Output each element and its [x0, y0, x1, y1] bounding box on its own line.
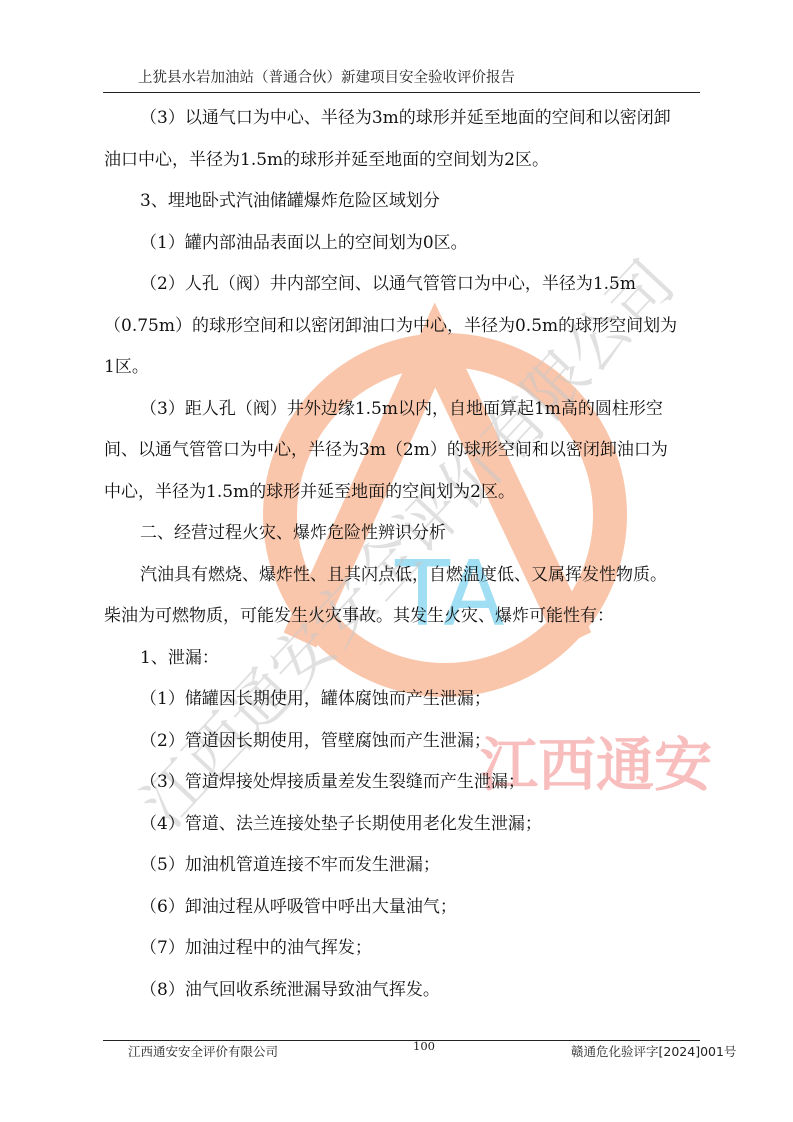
footer-doc-number: 赣通危化验评字[2024]001号 — [571, 1042, 736, 1060]
list-item: （8）油气回收系统泄漏导致油气挥发。 — [104, 970, 720, 1012]
footer-company: 江西通安安全评价有限公司 — [128, 1042, 278, 1060]
section-heading: 3、埋地卧式汽油储罐爆炸危险区域划分 — [104, 181, 720, 223]
paragraph: 柴油为可燃物质，可能发生火灾事故。其发生火灾、爆炸可能性有： — [104, 596, 720, 638]
section-heading: 1、泄漏： — [104, 638, 720, 680]
footer-divider — [103, 1040, 700, 1041]
list-item: （3）管道焊接处焊接质量差发生裂缝而产生泄漏； — [104, 762, 720, 804]
list-item: （6）卸油过程从呼吸管中呼出大量油气； — [104, 887, 720, 929]
document-page: TA 江西通安 江西通安安全评价有限公司 上犹县水岩加油站（普通合伙）新建项目安… — [0, 0, 793, 1122]
paragraph: 汽油具有燃烧、爆炸性、且其闪点低，自燃温度低、又属挥发性物质。 — [104, 555, 720, 597]
paragraph: （0.75m）的球形空间和以密闭卸油口为中心，半径为0.5m的球形空间划为 — [104, 306, 720, 348]
list-item: （2）管道因长期使用，管壁腐蚀而产生泄漏； — [104, 721, 720, 763]
page-number: 100 — [413, 1039, 435, 1053]
paragraph: （2）人孔（阀）井内部空间、以通气管管口为中心，半径为1.5m — [104, 264, 720, 306]
paragraph: 间、以通气管管口为中心，半径为3m（2m）的球形空间和以密闭卸油口为 — [104, 430, 720, 472]
header-divider — [103, 92, 700, 93]
list-item: （7）加油过程中的油气挥发； — [104, 928, 720, 970]
list-item: （4）管道、法兰连接处垫子长期使用老化发生泄漏； — [104, 804, 720, 846]
paragraph: （1）罐内部油品表面以上的空间划为0区。 — [104, 223, 720, 265]
list-item: （1）储罐因长期使用，罐体腐蚀而产生泄漏； — [104, 679, 720, 721]
paragraph: 中心，半径为1.5m的球形并延至地面的空间划为2区。 — [104, 472, 720, 514]
header-title: 上犹县水岩加油站（普通合伙）新建项目安全验收评价报告 — [138, 66, 515, 87]
paragraph: 1区。 — [104, 347, 720, 389]
paragraph: （3）距人孔（阀）井外边缘1.5m以内，自地面算起1m高的圆柱形空 — [104, 389, 720, 431]
list-item: （5）加油机管道连接不牢而发生泄漏； — [104, 845, 720, 887]
paragraph: 油口中心，半径为1.5m的球形并延至地面的空间划为2区。 — [104, 140, 720, 182]
paragraph: （3）以通气口为中心、半径为3m的球形并延至地面的空间和以密闭卸 — [104, 98, 720, 140]
body-text: （3）以通气口为中心、半径为3m的球形并延至地面的空间和以密闭卸 油口中心，半径… — [104, 98, 720, 1011]
section-heading: 二、经营过程火灾、爆炸危险性辨识分析 — [104, 513, 720, 555]
